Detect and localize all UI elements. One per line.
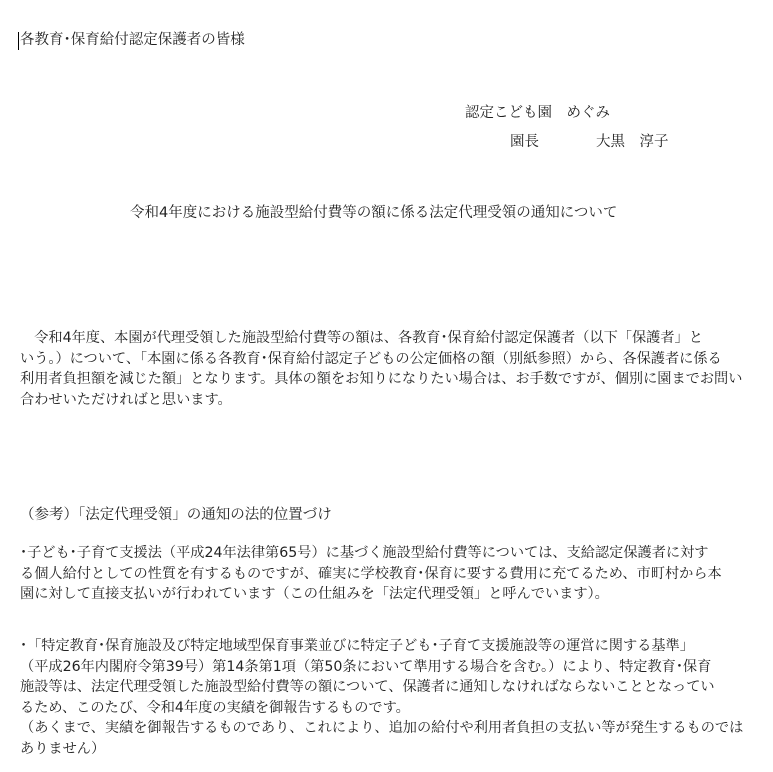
reference-line: 施設等は、法定代理受領した施設型給付費等の額について、保護者に通知しなければなら… — [20, 677, 765, 698]
reference-paragraph-1: ･子ども･子育て支援法（平成24年法律第65号）に基づく施設型給付費等については… — [20, 543, 765, 605]
reference-paragraph-2: ･「特定教育･保育施設及び特定地域型保育事業並びに特定子ども･子育て支援施設等の… — [20, 636, 765, 759]
reference-line: （あくまで、実績を御報告するものであり、これにより、追加の給付や利用者負担の支払… — [20, 718, 765, 739]
body-line: 令和4年度、本園が代理受領した施設型給付費等の額は、各教育･保育給付認定保護者（… — [20, 328, 765, 349]
reference-line: （平成26年内閣府令第39号）第14条第1項（第50条において準用する場合を含む… — [20, 657, 765, 678]
sender-title: 園長 — [510, 132, 539, 152]
reference-heading: （参考）「法定代理受領」の通知の法的位置づけ — [20, 505, 332, 525]
body-line: 利用者負担額を減じた額」となります。具体の額をお知りになりたい場合は、お手数です… — [20, 369, 765, 390]
sender-name: 大黒 淳子 — [596, 132, 669, 152]
addressee: 各教育･保育給付認定保護者の皆様 — [20, 30, 245, 50]
text-cursor — [18, 32, 19, 50]
reference-line: 園に対して直接支払いが行われています（この仕組みを「法定代理受領」と呼んでいます… — [20, 584, 765, 605]
sender-organization: 認定こども園 めぐみ — [465, 103, 610, 123]
reference-line: る個人給付としての性質を有するものですが、確実に学校教育･保育に要する費用に充て… — [20, 564, 765, 585]
document-subject: 令和4年度における施設型給付費等の額に係る法定代理受領の通知について — [130, 203, 617, 223]
reference-line: ありません） — [20, 739, 765, 760]
reference-line: ･「特定教育･保育施設及び特定地域型保育事業並びに特定子ども･子育て支援施設等の… — [20, 636, 765, 657]
reference-line: ･子ども･子育て支援法（平成24年法律第65号）に基づく施設型給付費等については… — [20, 543, 765, 564]
body-paragraph: 令和4年度、本園が代理受領した施設型給付費等の額は、各教育･保育給付認定保護者（… — [20, 328, 765, 410]
body-line: 合わせいただければと思います。 — [20, 390, 765, 411]
reference-line: るため、このたび、令和4年度の実績を御報告するものです。 — [20, 698, 765, 719]
body-line: いう。）について、「本園に係る各教育･保育給付認定子どもの公定価格の額（別紙参照… — [20, 349, 765, 370]
